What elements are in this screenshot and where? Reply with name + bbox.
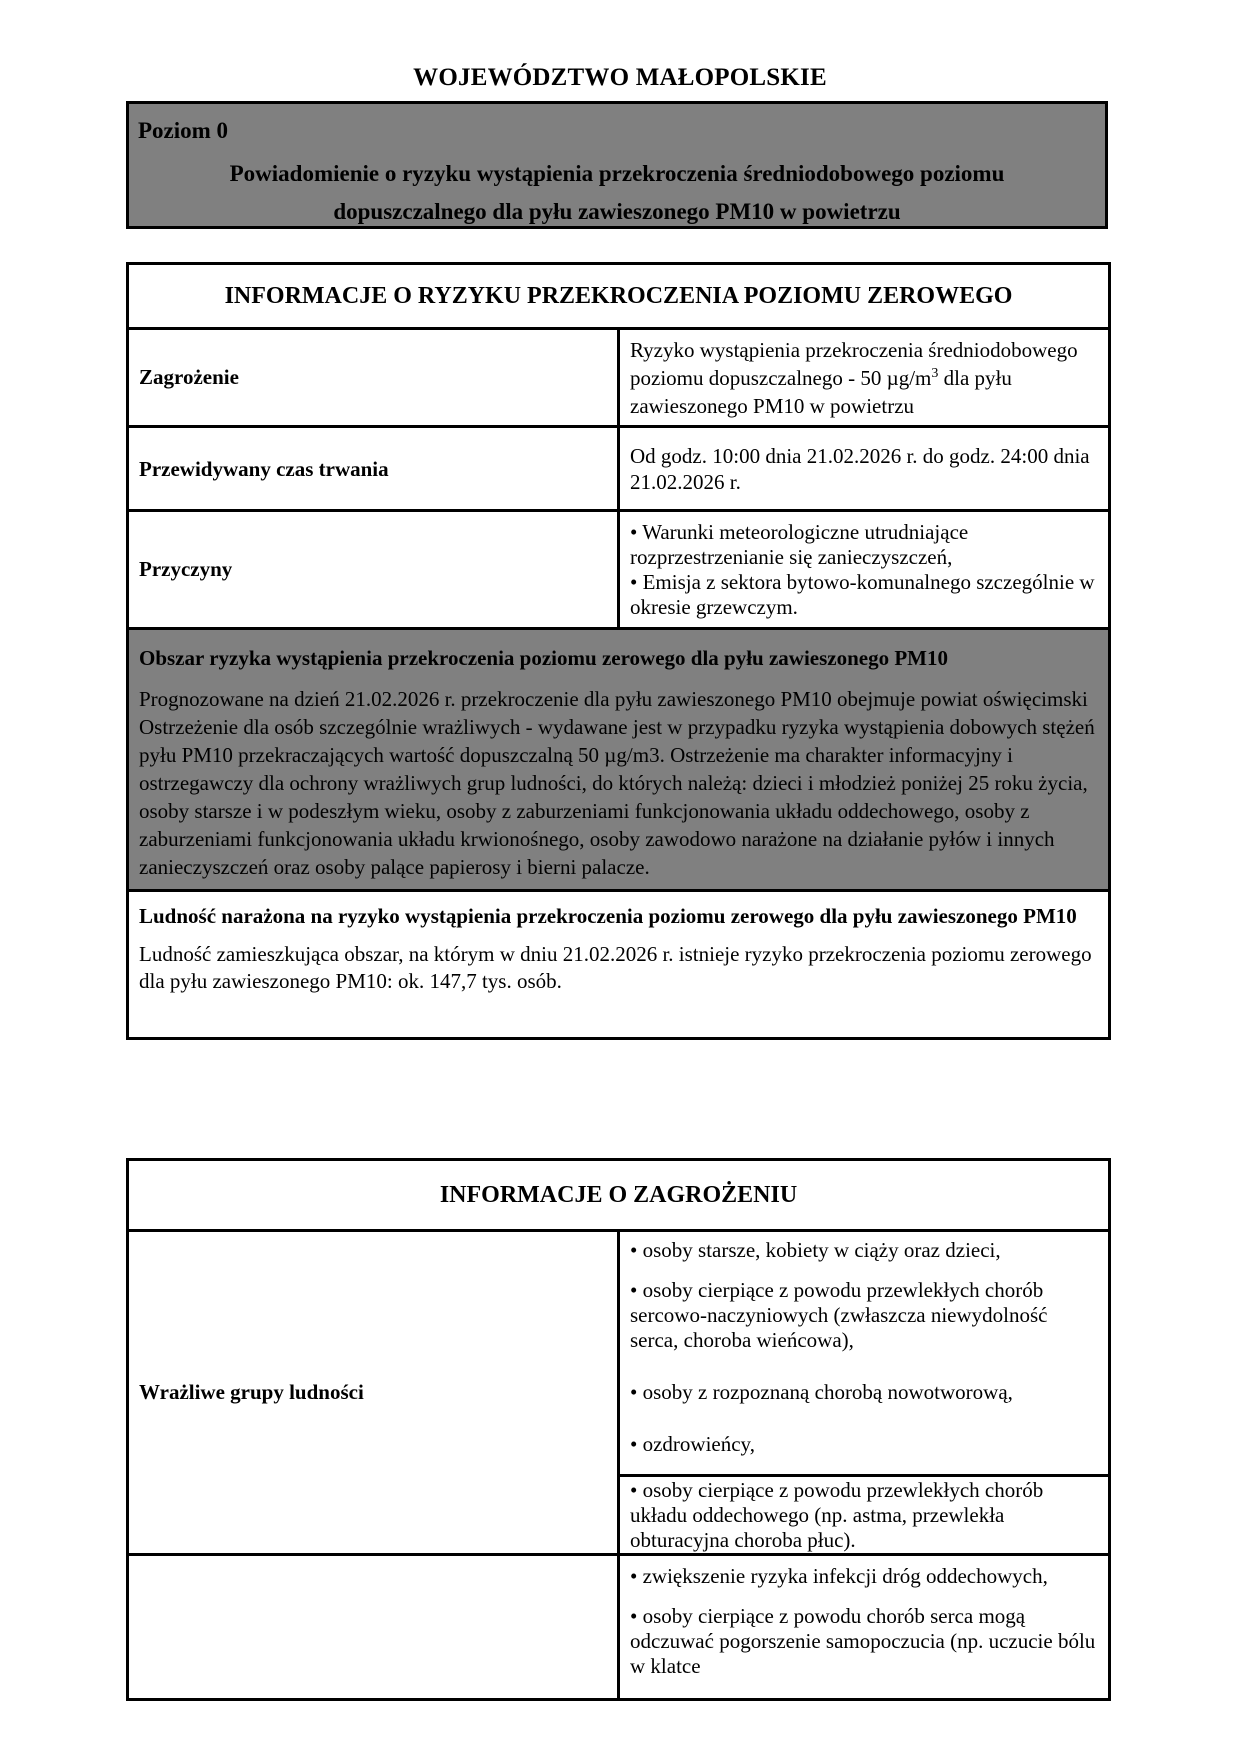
threat-info-table: INFORMACJE O ZAGROŻENIU Wrażliwe grupy l… <box>126 1158 1111 1701</box>
sensitive-groups-label: Wrażliwe grupy ludności <box>128 1231 619 1555</box>
area-cell: Obszar ryzyka wystąpienia przekroczenia … <box>128 629 1110 891</box>
effects-list: • zwiększenie ryzyka infekcji dróg oddec… <box>619 1555 1110 1700</box>
duration-row: Przewidywany czas trwania Od godz. 10:00… <box>128 427 1110 511</box>
area-text: Prognozowane na dzień 21.02.2026 r. prze… <box>139 685 1098 881</box>
risk-info-table: INFORMACJE O RYZYKU PRZEKROCZENIA POZIOM… <box>126 262 1111 1040</box>
level-title: Powiadomienie o ryzyku wystąpienia przek… <box>129 155 1105 231</box>
sensitive-group-item: • ozdrowieńcy, <box>630 1432 1098 1457</box>
causes-label: Przyczyny <box>128 511 619 629</box>
level-label: Poziom 0 <box>138 118 228 144</box>
threat-label: Zagrożenie <box>128 329 619 427</box>
population-text: Ludność zamieszkująca obszar, na którym … <box>139 941 1098 995</box>
threat-row: Zagrożenie Ryzyko wystąpienia przekrocze… <box>128 329 1110 427</box>
level-banner: Poziom 0 Powiadomienie o ryzyku wystąpie… <box>126 101 1108 229</box>
sensitive-groups-row: Wrażliwe grupy ludności • osoby starsze,… <box>128 1231 1110 1476</box>
risk-info-section-title: INFORMACJE O RYZYKU PRZEKROCZENIA POZIOM… <box>128 264 1110 329</box>
effect-item: • osoby cierpiące z powodu chorób serca … <box>630 1604 1098 1679</box>
cause-item: • Warunki meteorologiczne utrudniające r… <box>630 520 1098 570</box>
level-title-line1: Powiadomienie o ryzyku wystąpienia przek… <box>129 155 1105 193</box>
causes-row: Przyczyny • Warunki meteorologiczne utru… <box>128 511 1110 629</box>
risk-info-header-row: INFORMACJE O RYZYKU PRZEKROCZENIA POZIOM… <box>128 264 1110 329</box>
effect-item: • zwiększenie ryzyka infekcji dróg oddec… <box>630 1564 1098 1589</box>
duration-label: Przewidywany czas trwania <box>128 427 619 511</box>
effects-row: • zwiększenie ryzyka infekcji dróg oddec… <box>128 1555 1110 1700</box>
level-title-line2: dopuszczalnego dla pyłu zawieszonego PM1… <box>129 193 1105 231</box>
sensitive-groups-list-2: • osoby cierpiące z powodu przewlekłych … <box>619 1476 1110 1555</box>
area-row: Obszar ryzyka wystąpienia przekroczenia … <box>128 629 1110 891</box>
population-row: Ludność narażona na ryzyko wystąpienia p… <box>128 891 1110 1039</box>
sensitive-group-item: • osoby starsze, kobiety w ciąży oraz dz… <box>630 1238 1098 1263</box>
sensitive-group-item: • osoby cierpiące z powodu przewlekłych … <box>630 1278 1098 1353</box>
population-title: Ludność narażona na ryzyko wystąpienia p… <box>139 898 1098 935</box>
population-cell: Ludność narażona na ryzyko wystąpienia p… <box>128 891 1110 1039</box>
sensitive-group-item: • osoby z rozpoznaną chorobą nowotworową… <box>630 1380 1098 1405</box>
duration-value: Od godz. 10:00 dnia 21.02.2026 r. do god… <box>619 427 1110 511</box>
cause-item: • Emisja z sektora bytowo-komunalnego sz… <box>630 570 1098 620</box>
sensitive-groups-list: • osoby starsze, kobiety w ciąży oraz dz… <box>619 1231 1110 1476</box>
region-title: WOJEWÓDZTWO MAŁOPOLSKIE <box>0 64 1240 92</box>
threat-info-header-row: INFORMACJE O ZAGROŻENIU <box>128 1160 1110 1231</box>
sensitive-group-item: • osoby cierpiące z powodu przewlekłych … <box>630 1478 1098 1553</box>
threat-value: Ryzyko wystąpienia przekroczenia średnio… <box>619 329 1110 427</box>
effects-label <box>128 1555 619 1700</box>
threat-info-section-title: INFORMACJE O ZAGROŻENIU <box>128 1160 1110 1231</box>
area-title: Obszar ryzyka wystąpienia przekroczenia … <box>139 640 1098 677</box>
causes-list: • Warunki meteorologiczne utrudniające r… <box>619 511 1110 629</box>
